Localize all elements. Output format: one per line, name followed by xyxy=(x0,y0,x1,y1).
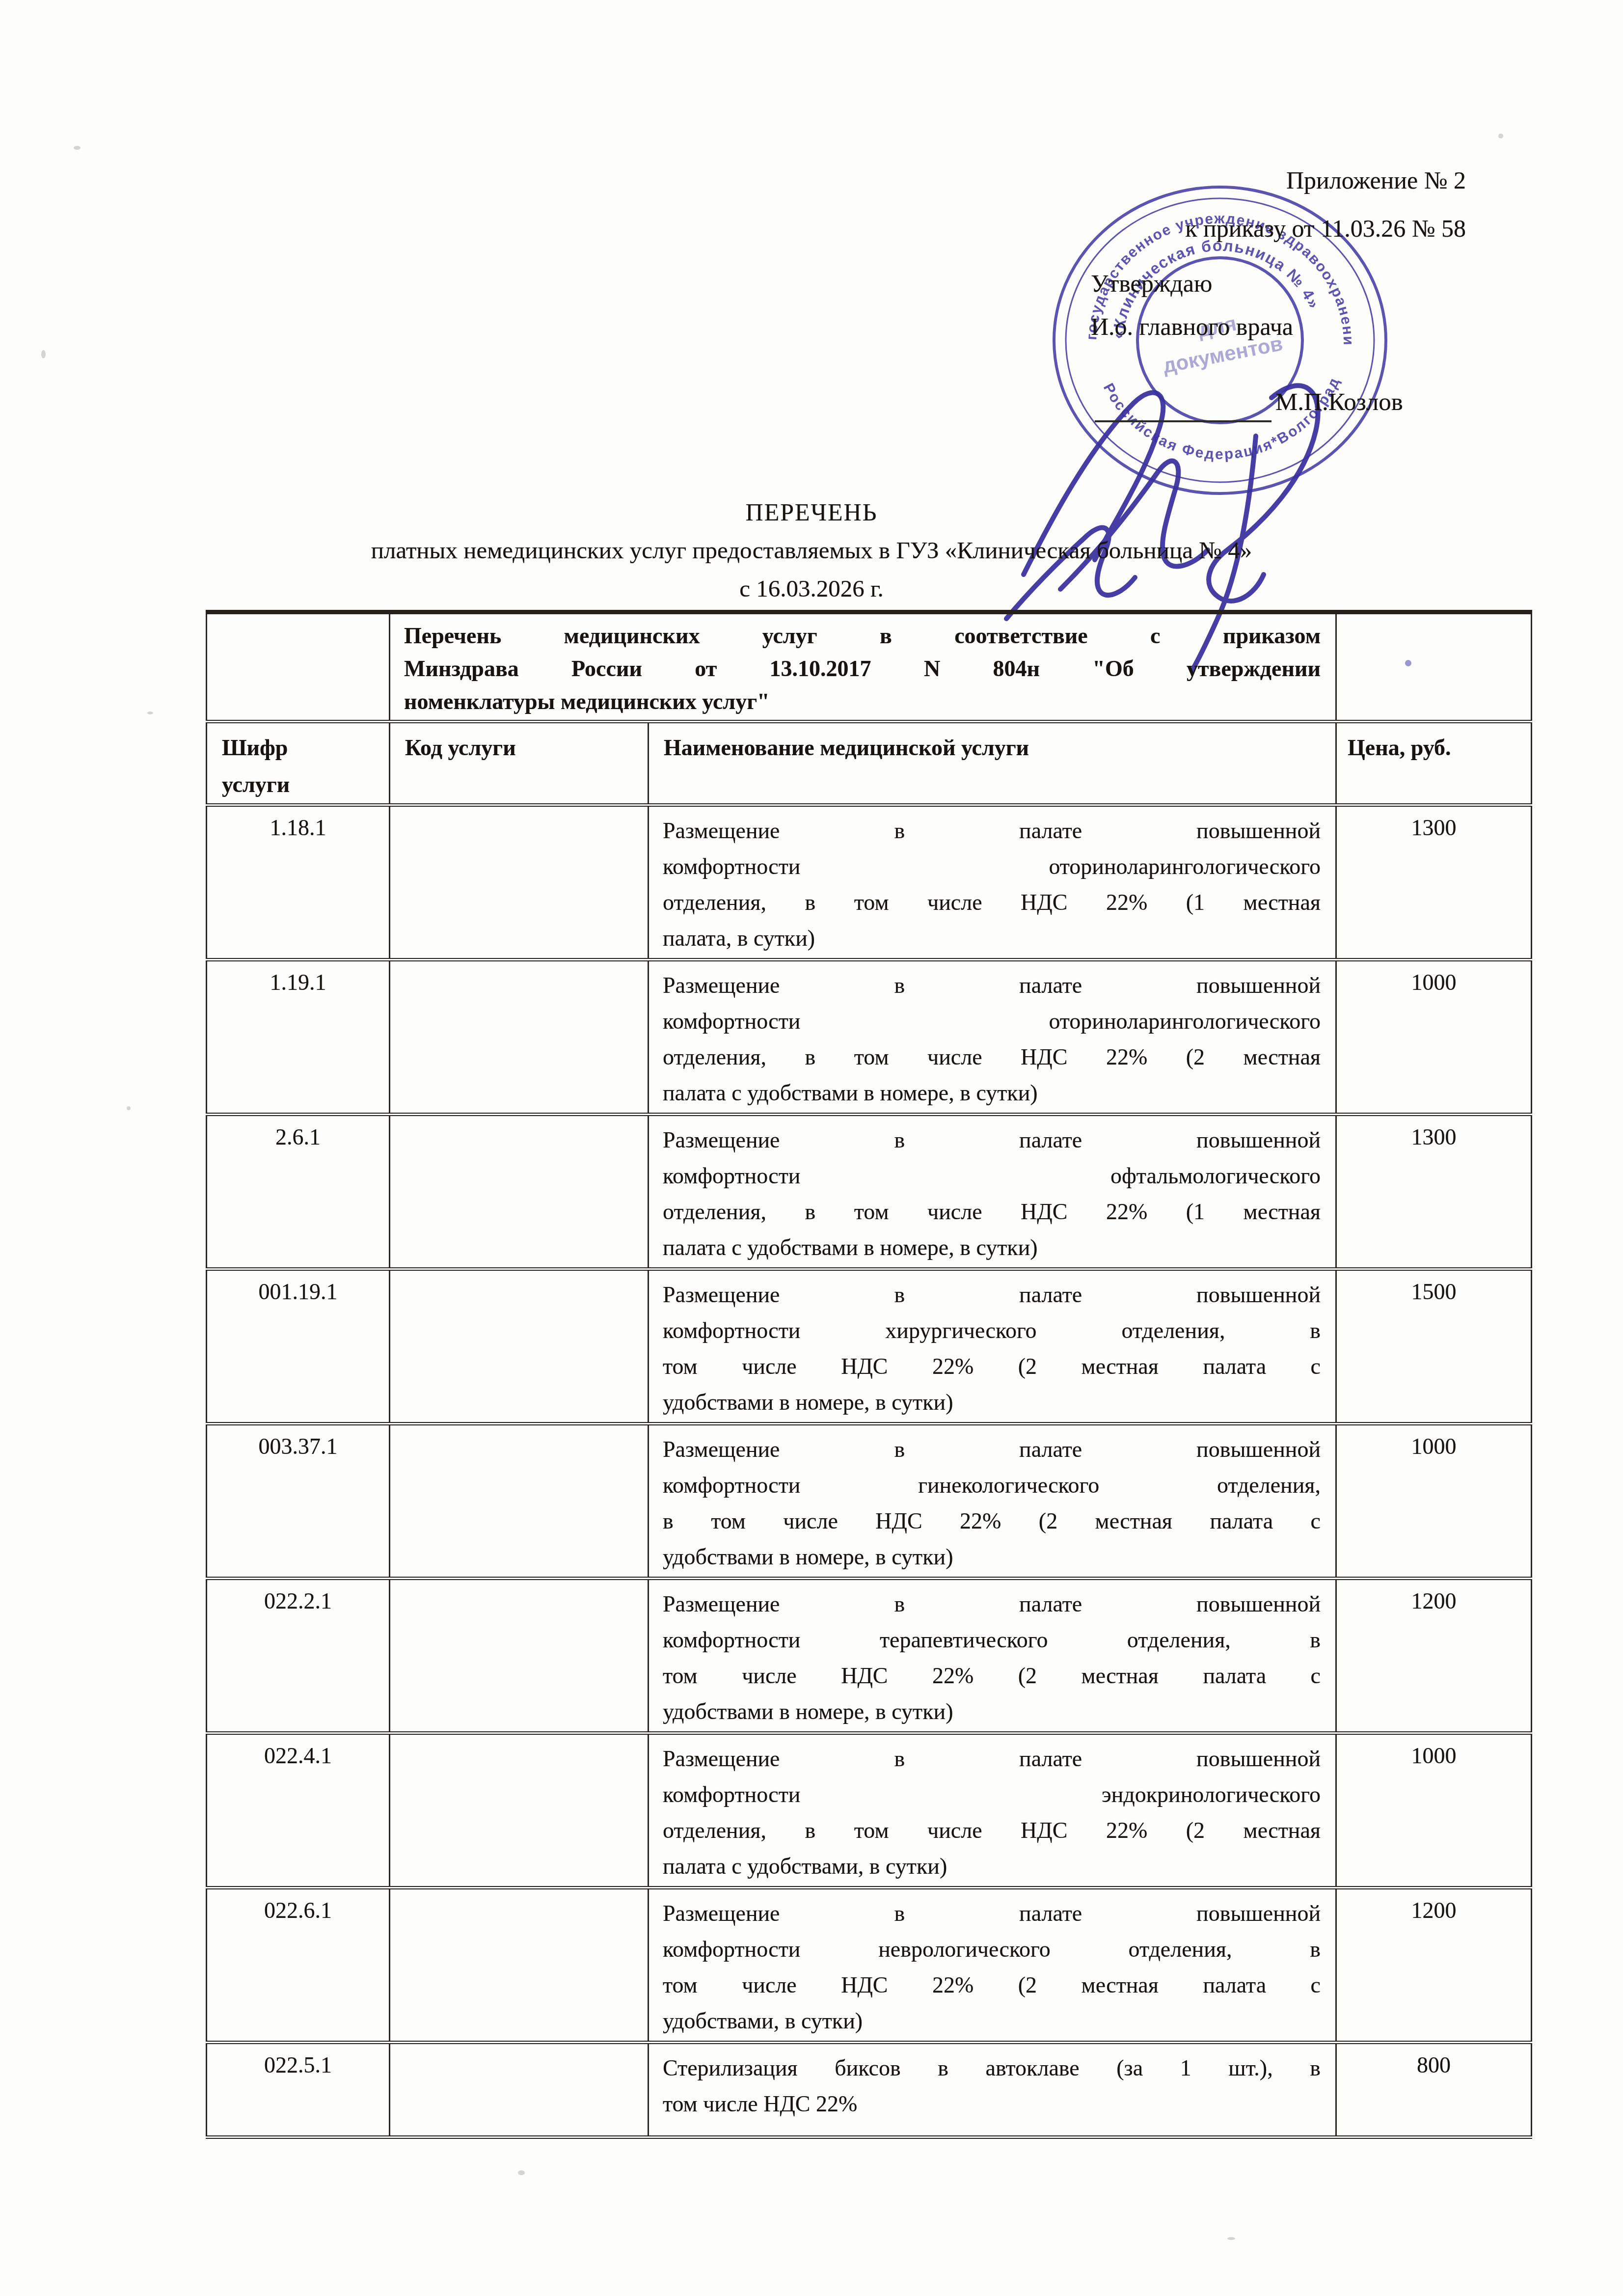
service-price: 1300 xyxy=(1336,805,1532,960)
service-shifr: 1.18.1 xyxy=(207,805,390,960)
empty-cell xyxy=(1336,612,1532,722)
table-row: 022.5.1 Стерилизация биксов в автоклаве … xyxy=(207,2043,1532,2137)
document-subtitle: платных немедицинских услуг предоставляе… xyxy=(0,536,1623,564)
service-price: 1000 xyxy=(1336,1733,1532,1888)
service-shifr: 003.37.1 xyxy=(207,1424,390,1579)
scan-speckle xyxy=(518,2170,525,2175)
table-merged-header-row: Перечень медицинских услуг в соответстви… xyxy=(207,612,1532,722)
table-row: 003.37.1 Размещение в палате повышеннойк… xyxy=(207,1424,1532,1579)
service-price: 1200 xyxy=(1336,1579,1532,1733)
service-price: 1500 xyxy=(1336,1269,1532,1424)
service-name: Размещение в палате повышеннойкомфортнос… xyxy=(649,1115,1336,1269)
service-price: 1300 xyxy=(1336,1115,1532,1269)
scan-speckle xyxy=(1498,134,1503,138)
effective-date: с 16.03.2026 г. xyxy=(0,574,1623,602)
service-shifr: 022.6.1 xyxy=(207,1888,390,2043)
table-row: 022.4.1 Размещение в палате повышеннойко… xyxy=(207,1733,1532,1888)
appendix-order-ref: к приказу от 11.03.26 № 58 xyxy=(1185,204,1466,252)
scan-speckle xyxy=(147,711,153,714)
service-price: 800 xyxy=(1336,2043,1532,2137)
service-name: Размещение в палате повышеннойкомфортнос… xyxy=(649,805,1336,960)
col-header-price: Цена, руб. xyxy=(1336,722,1532,805)
service-kod xyxy=(390,2043,649,2137)
col-header-name: Наименование медицинской услуги xyxy=(649,722,1336,805)
approve-label: Утверждаю xyxy=(1091,269,1212,298)
service-kod xyxy=(390,1888,649,2043)
service-price: 1200 xyxy=(1336,1888,1532,2043)
approver-title: И.о. главного врача xyxy=(1091,312,1293,341)
service-kod xyxy=(390,1424,649,1579)
service-name: Размещение в палате повышеннойкомфортнос… xyxy=(649,1733,1336,1888)
service-kod xyxy=(390,960,649,1115)
scan-speckle xyxy=(74,146,81,150)
table-row: 1.18.1 Размещение в палате повышеннойком… xyxy=(207,805,1532,960)
price-table: Перечень медицинских услуг в соответстви… xyxy=(206,610,1532,2139)
service-name: Размещение в палате повышеннойкомфортнос… xyxy=(649,1424,1336,1579)
scan-speckle xyxy=(127,1106,131,1110)
table-row: 1.19.1 Размещение в палате повышеннойком… xyxy=(207,960,1532,1115)
scan-speckle xyxy=(1227,2237,1235,2240)
service-kod xyxy=(390,1579,649,1733)
service-name: Размещение в палате повышеннойкомфортнос… xyxy=(649,1888,1336,2043)
table-row: 2.6.1 Размещение в палате повышеннойкомф… xyxy=(207,1115,1532,1269)
table-column-header-row: Шифруслуги Код услуги Наименование медиц… xyxy=(207,722,1532,805)
service-shifr: 022.5.1 xyxy=(207,2043,390,2137)
merged-header-cell: Перечень медицинских услуг в соответстви… xyxy=(390,612,1336,722)
appendix-block: Приложение № 2 к приказу от 11.03.26 № 5… xyxy=(1185,156,1466,252)
col-header-shifr: Шифруслуги xyxy=(207,722,390,805)
service-kod xyxy=(390,805,649,960)
service-kod xyxy=(390,1733,649,1888)
empty-cell xyxy=(207,612,390,722)
table-row: 022.6.1 Размещение в палате повышеннойко… xyxy=(207,1888,1532,2043)
approver-name: М.П.Козлов xyxy=(1275,388,1403,416)
service-price: 1000 xyxy=(1336,960,1532,1115)
table-row: 001.19.1 Размещение в палате повышеннойк… xyxy=(207,1269,1532,1424)
service-kod xyxy=(390,1115,649,1269)
signature-line xyxy=(1095,395,1271,422)
table-row: 022.2.1 Размещение в палате повышеннойко… xyxy=(207,1579,1532,1733)
scan-speckle xyxy=(41,350,46,358)
service-name: Стерилизация биксов в автоклаве (за 1 шт… xyxy=(649,2043,1336,2137)
service-name: Размещение в палате повышеннойкомфортнос… xyxy=(649,1269,1336,1424)
service-name: Размещение в палате повышеннойкомфортнос… xyxy=(649,960,1336,1115)
service-shifr: 001.19.1 xyxy=(207,1269,390,1424)
service-shifr: 022.4.1 xyxy=(207,1733,390,1888)
service-shifr: 1.19.1 xyxy=(207,960,390,1115)
service-shifr: 2.6.1 xyxy=(207,1115,390,1269)
scanned-document-page: государственное учреждение здравоохранен… xyxy=(0,0,1623,2296)
service-kod xyxy=(390,1269,649,1424)
col-header-kod: Код услуги xyxy=(390,722,649,805)
service-price: 1000 xyxy=(1336,1424,1532,1579)
service-name: Размещение в палате повышеннойкомфортнос… xyxy=(649,1579,1336,1733)
appendix-number: Приложение № 2 xyxy=(1185,156,1466,204)
service-shifr: 022.2.1 xyxy=(207,1579,390,1733)
document-title: ПЕРЕЧЕНЬ xyxy=(0,498,1623,526)
